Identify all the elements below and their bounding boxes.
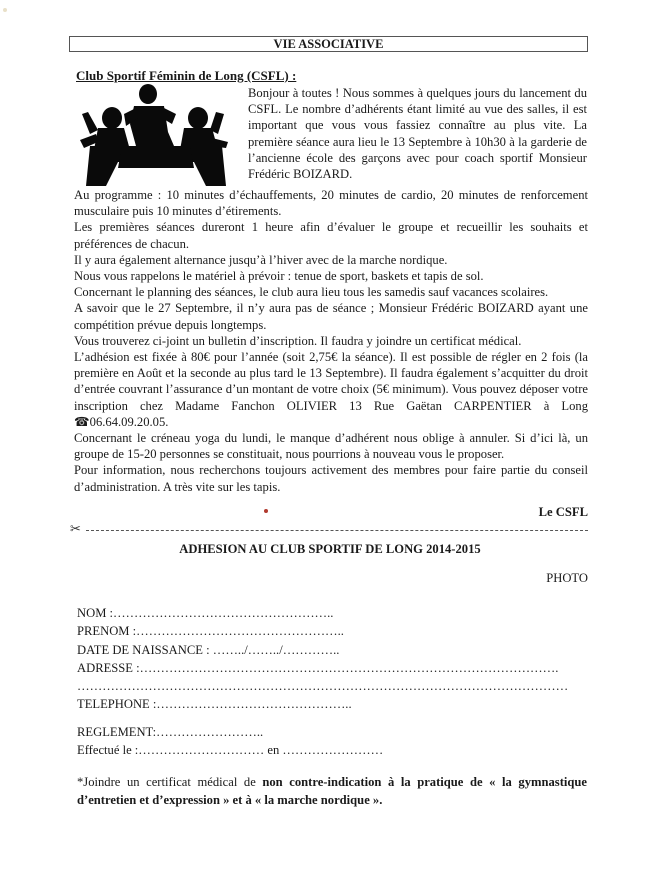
dashed-divider	[86, 530, 588, 531]
body-text: Au programme : 10 minutes d’échauffement…	[74, 187, 588, 495]
field-adresse[interactable]: ADRESSE :……………………………………………………………………………………	[77, 659, 568, 677]
registration-paragraph: Vous trouverez ci-joint un bulletin d’in…	[74, 333, 588, 349]
scan-speck	[3, 8, 7, 12]
membership-form: NOM :…………………………………………….. PRENOM :……………………	[77, 604, 568, 714]
form-title: ADHESION AU CLUB SPORTIF DE LONG 2014-20…	[0, 542, 650, 557]
exercising-women-silhouette	[76, 84, 236, 186]
medical-note: *Joindre un certificat médical de non co…	[77, 773, 587, 809]
section-title: VIE ASSOCIATIVE	[274, 37, 384, 51]
program-paragraph: Au programme : 10 minutes d’échauffement…	[74, 187, 588, 219]
club-title: Club Sportif Féminin de Long (CSFL) :	[76, 68, 296, 84]
field-effectue-le[interactable]: Effectué le :………………………… en ……………………	[77, 741, 383, 759]
signature: Le CSFL	[539, 505, 588, 520]
field-nom[interactable]: NOM :……………………………………………..	[77, 604, 568, 622]
field-adresse-line2[interactable]: ………………………………………………………………………………………………………	[77, 677, 568, 695]
payment-section: REGLEMENT:…………………….. Effectué le :…………………	[77, 723, 383, 760]
photo-label: PHOTO	[546, 571, 588, 586]
cut-line: ✂	[70, 524, 588, 536]
board-paragraph: Pour information, nous recherchons toujo…	[74, 462, 588, 494]
field-reglement[interactable]: REGLEMENT:……………………..	[77, 723, 383, 741]
field-prenom[interactable]: PRENOM :…………………………………………..	[77, 622, 568, 640]
nordic-walking-paragraph: Il y aura également alternance jusqu’à l…	[74, 252, 588, 268]
field-telephone[interactable]: TELEPHONE :………………………………………..	[77, 695, 568, 713]
section-header: VIE ASSOCIATIVE	[69, 36, 588, 52]
field-date-naissance[interactable]: DATE DE NAISSANCE : ……../……../…………..	[77, 641, 568, 659]
yoga-paragraph: Concernant le créneau yoga du lundi, le …	[74, 430, 588, 462]
red-mark	[264, 509, 268, 513]
schedule-paragraph: Concernant le planning des séances, le c…	[74, 284, 588, 300]
note-text: *Joindre un certificat médical de	[77, 775, 262, 789]
equipment-paragraph: Nous vous rappelons le matériel à prévoi…	[74, 268, 588, 284]
fees-paragraph: L’adhésion est fixée à 80€ pour l’année …	[74, 349, 588, 430]
intro-paragraph: Bonjour à toutes ! Nous sommes à quelque…	[248, 85, 587, 182]
scissors-icon: ✂	[70, 521, 81, 537]
first-sessions-paragraph: Les premières séances dureront 1 heure a…	[74, 219, 588, 251]
no-session-paragraph: A savoir que le 27 Septembre, il n’y aur…	[74, 300, 588, 332]
